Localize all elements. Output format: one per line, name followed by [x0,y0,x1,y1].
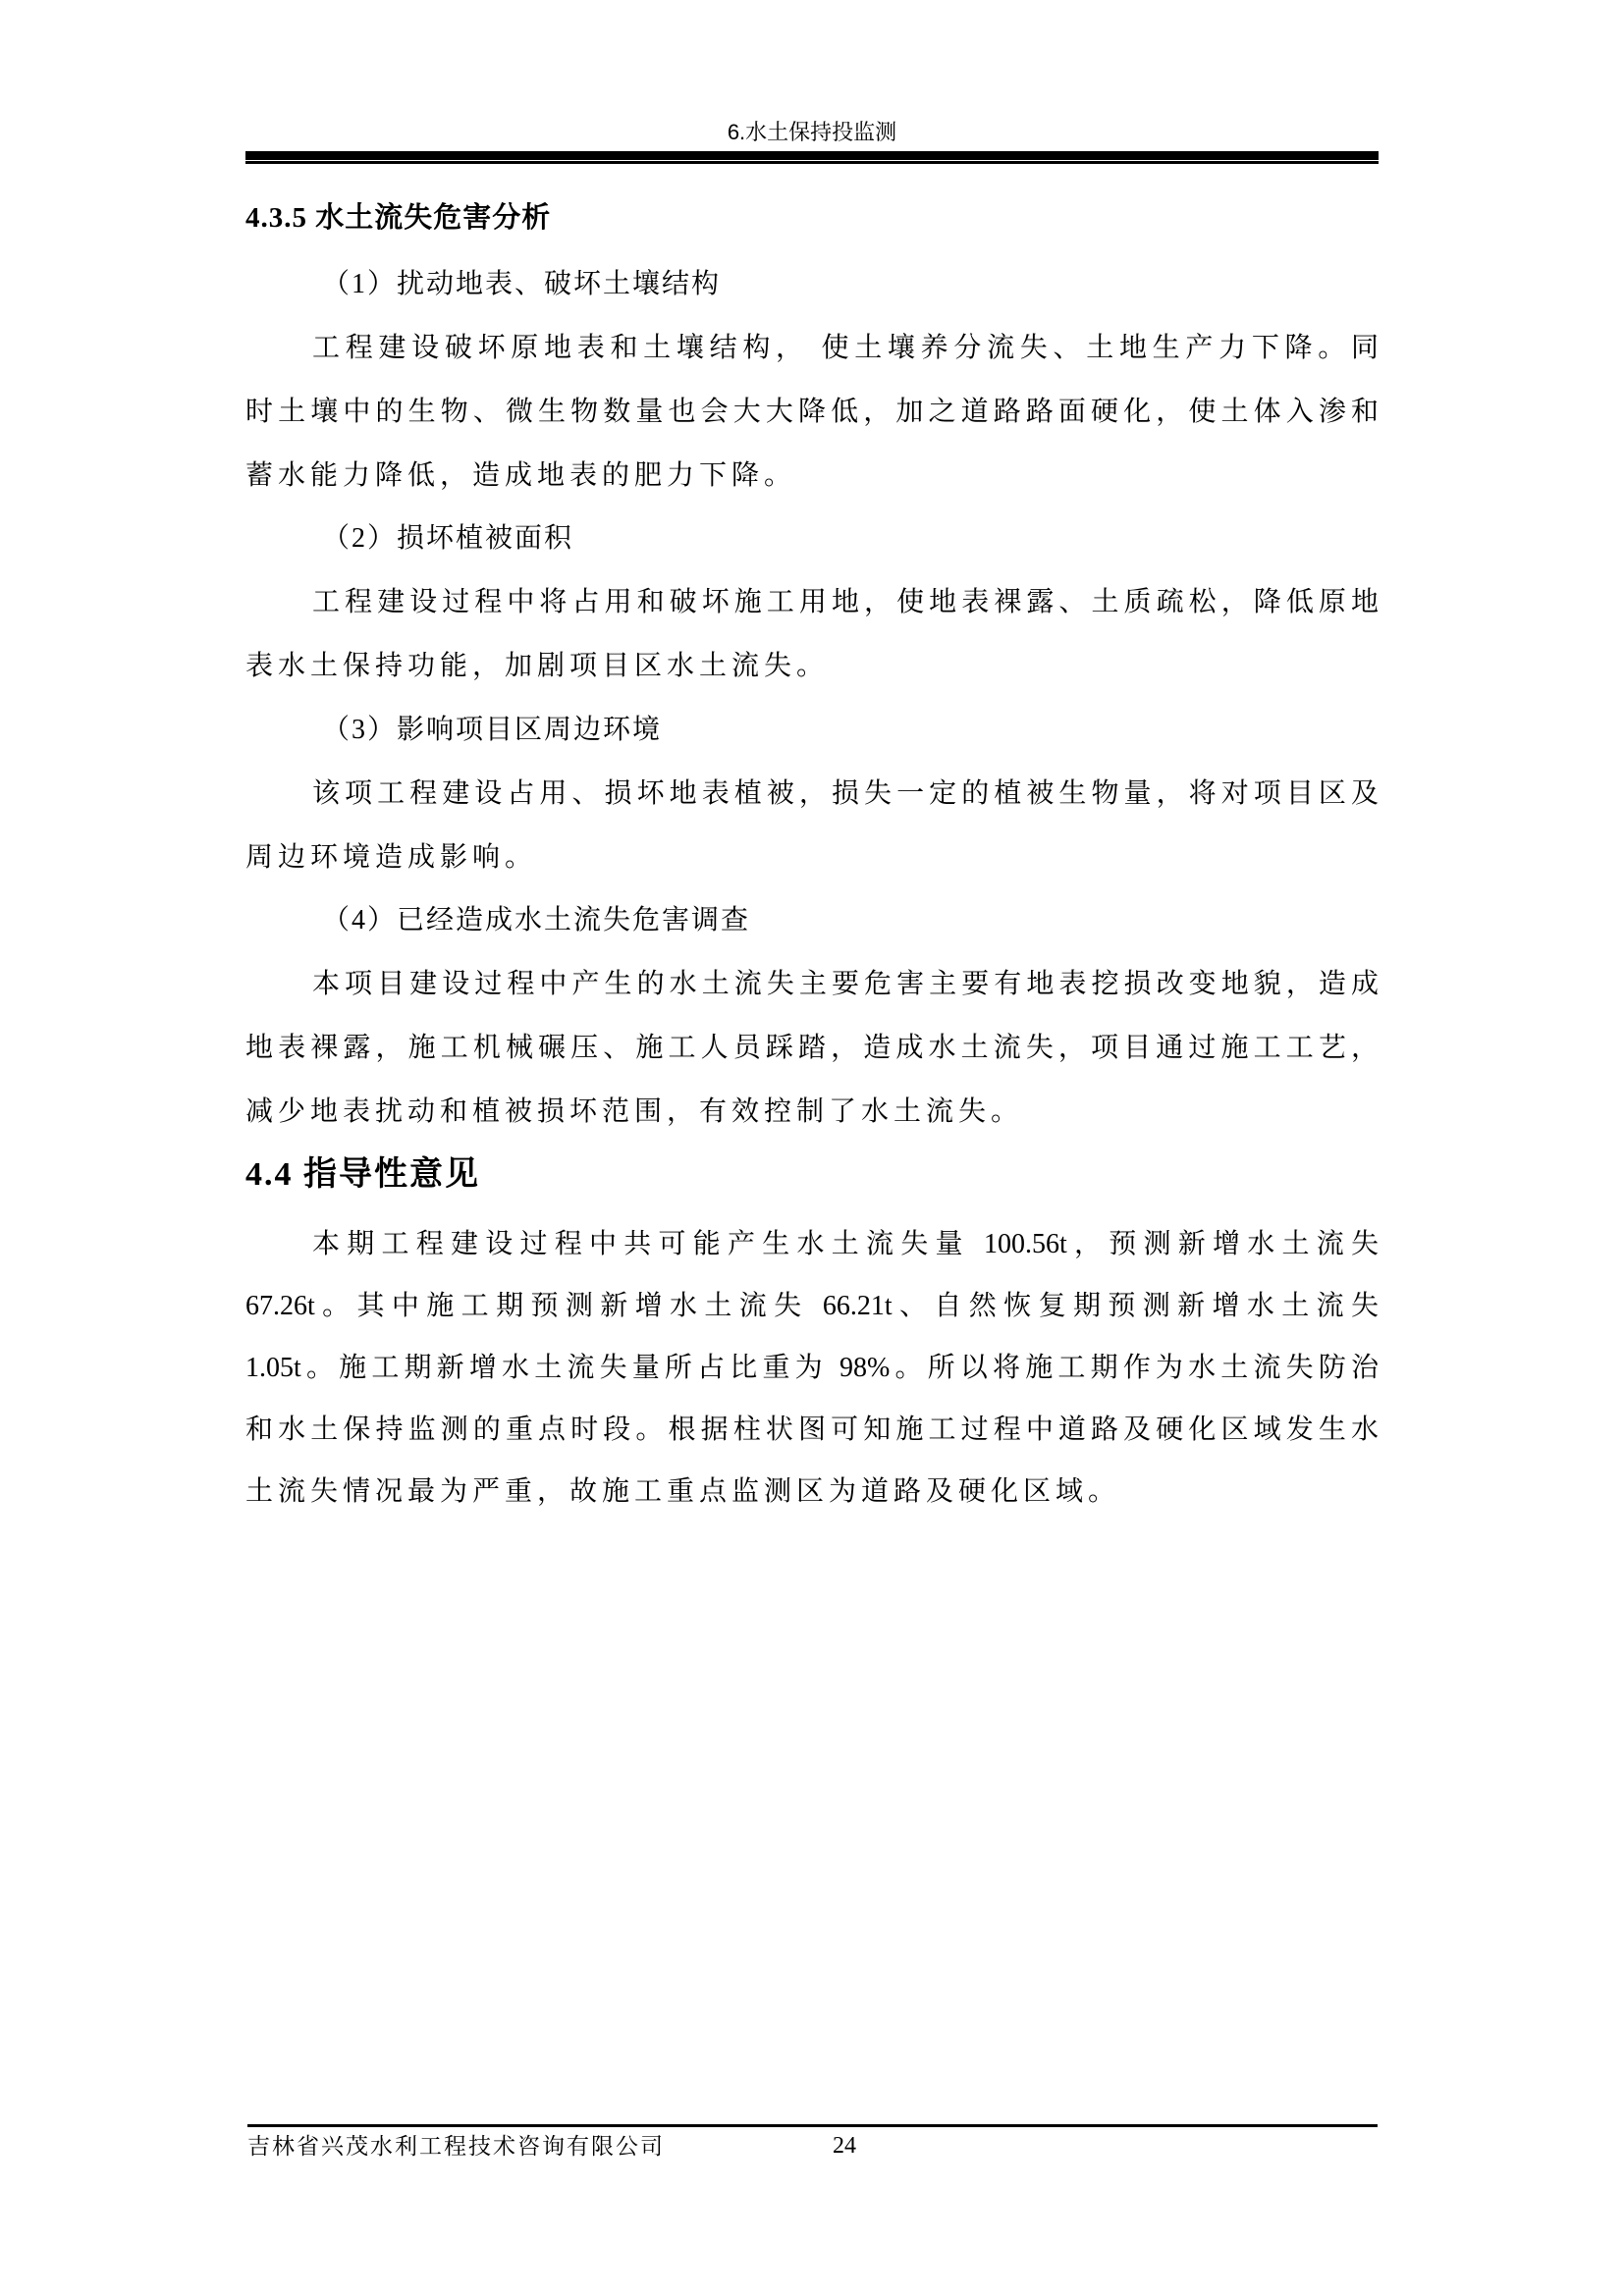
paragraph-line: 67.26t。其中施工期预测新增水土流失 66.21t、自然恢复期预测新增水土流… [245,1287,1379,1326]
item-title-2: （2）损坏植被面积 [245,519,1379,559]
paragraph-line: 周边环境造成影响。 [245,838,1379,878]
header-rule-thin [245,161,1379,164]
paragraph-line: 本期工程建设过程中共可能产生水土流失量 100.56t，预测新增水土流失 [245,1225,1379,1264]
paragraph-line: 该项工程建设占用、损坏地表植被，损失一定的植被生物量，将对项目区及 [245,774,1379,814]
paragraph-line: 土流失情况最为严重，故施工重点监测区为道路及硬化区域。 [245,1472,1379,1512]
paragraph-line: 时土壤中的生物、微生物数量也会大大降低，加之道路路面硬化，使土体入渗和 [245,393,1379,432]
footer-rule [247,2124,1378,2127]
page-number: 24 [833,2132,856,2160]
section-heading-4-3-5: 4.3.5 水土流失危害分析 [245,198,551,238]
paragraph-line: 和水土保持监测的重点时段。根据柱状图可知施工过程中道路及硬化区域发生水 [245,1411,1379,1450]
running-header: 6.水土保持投监测 [245,118,1379,147]
footer-company-name: 吉林省兴茂水利工程技术咨询有限公司 [247,2132,665,2160]
item-title-4: （4）已经造成水土流失危害调查 [245,901,1379,940]
paragraph-line: 工程建设过程中将占用和破坏施工用地，使地表裸露、土质疏松，降低原地 [245,583,1379,622]
paragraph-line: 地表裸露，施工机械碾压、施工人员踩踏，造成水土流失，项目通过施工工艺， [245,1029,1379,1068]
item-title-3: （3）影响项目区周边环境 [245,711,1379,750]
paragraph-line: 工程建设破坏原地表和土壤结构， 使土壤养分流失、土地生产力下降。同 [245,329,1379,368]
item-title-1: （1）扰动地表、破坏土壤结构 [245,265,1379,304]
header-rule-thick [245,151,1379,160]
paragraph-line: 本项目建设过程中产生的水土流失主要危害主要有地表挖损改变地貌，造成 [245,965,1379,1004]
section-heading-4-4: 4.4 指导性意见 [245,1153,480,1197]
document-page: 6.水土保持投监测 4.3.5 水土流失危害分析 （1）扰动地表、破坏土壤结构 … [0,0,1624,2296]
paragraph-line: 表水土保持功能，加剧项目区水土流失。 [245,647,1379,686]
paragraph-line: 蓄水能力降低，造成地表的肥力下降。 [245,456,1379,496]
paragraph-line: 减少地表扰动和植被损坏范围，有效控制了水土流失。 [245,1093,1379,1132]
paragraph-line: 1.05t。施工期新增水土流失量所占比重为 98%。所以将施工期作为水土流失防治 [245,1349,1379,1388]
